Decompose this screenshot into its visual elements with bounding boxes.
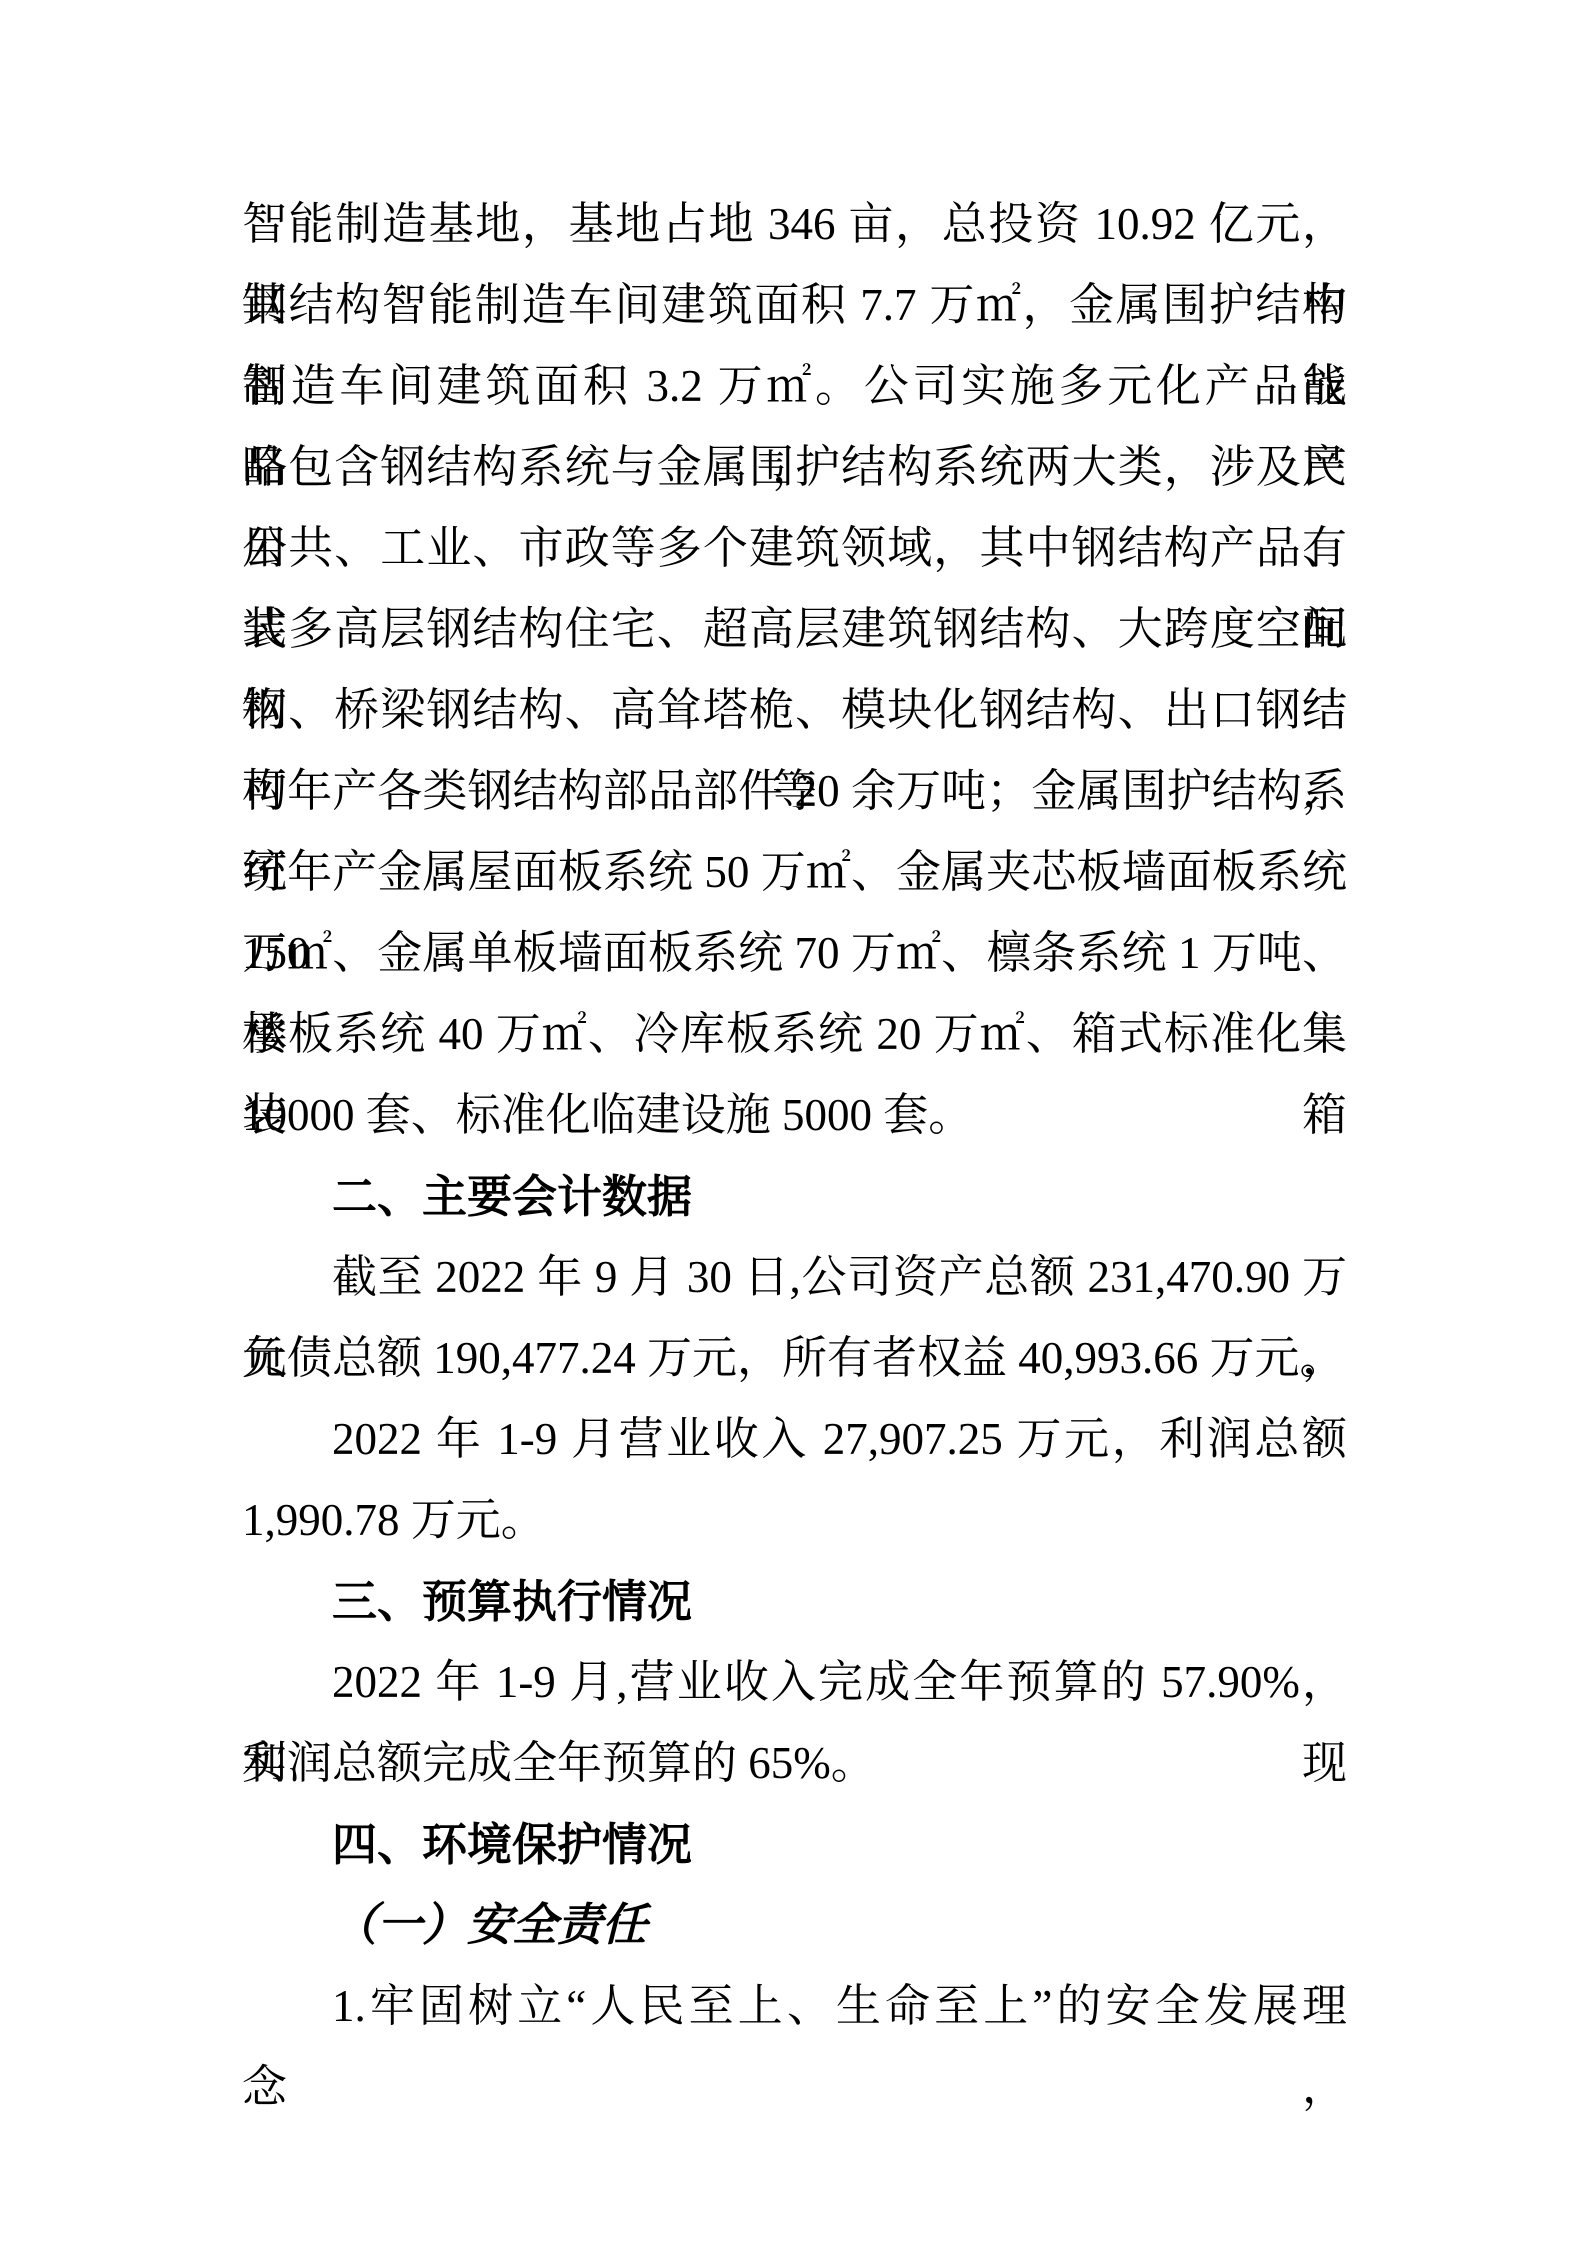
body-text-line: 制造车间建筑面积 3.2 万㎡。公司实施多元化产品战略，产 (242, 346, 1347, 427)
section-heading-accounting-data: 二、主要会计数据 (242, 1156, 1347, 1237)
body-text-line: 负债总额 190,477.24 万元，所有者权益 40,993.66 万元。 (242, 1318, 1347, 1399)
body-text-line: 智能制造基地，基地占地 346 亩，总投资 10.92 亿元，其中 (242, 184, 1347, 265)
body-text-line: 1,990.78 万元。 (242, 1480, 1347, 1561)
section-heading-environmental-protection: 四、环境保护情况 (242, 1804, 1347, 1885)
body-text-line: 1.牢固树立“人民至上、生命至上”的安全发展理念， (242, 1966, 1347, 2047)
body-text-line: 承板系统 40 万㎡、冷库板系统 20 万㎡、箱式标准化集装箱 (242, 994, 1347, 1075)
body-text-line: 钢结构智能制造车间建筑面积 7.7 万㎡，金属围护结构智能 (242, 265, 1347, 346)
body-text-line: 式多高层钢结构住宅、超高层建筑钢结构、大跨度空间钢结 (242, 589, 1347, 670)
body-text-line: 万㎡、金属单板墙面板系统 70 万㎡、檩条系统 1 万吨、楼 (242, 913, 1347, 994)
body-text-line: 品包含钢结构系统与金属围护结构系统两大类，涉及民用、 (242, 427, 1347, 508)
document-content: 智能制造基地，基地占地 346 亩，总投资 10.92 亿元，其中 钢结构智能制… (242, 184, 1347, 2047)
body-text-line: 构、桥梁钢结构、高耸塔桅、模块化钢结构、出口钢结构等， (242, 670, 1347, 751)
body-text-line: 2022 年 1-9 月营业收入 27,907.25 万元，利润总额 (242, 1399, 1347, 1480)
section-heading-budget-execution: 三、预算执行情况 (242, 1561, 1347, 1642)
body-text-line: 可年产金属屋面板系统 50 万㎡、金属夹芯板墙面板系统 150 (242, 832, 1347, 913)
body-text-line: 截至 2022 年 9 月 30 日,公司资产总额 231,470.90 万元， (242, 1237, 1347, 1318)
body-text-line: 公共、工业、市政等多个建筑领域，其中钢结构产品有装配 (242, 508, 1347, 589)
subsection-heading-safety-responsibility: （一）安全责任 (242, 1885, 1347, 1966)
document-page: 智能制造基地，基地占地 346 亩，总投资 10.92 亿元，其中 钢结构智能制… (0, 0, 1587, 2245)
body-text-line: 可年产各类钢结构部品部件 20 余万吨；金属围护结构系统 (242, 751, 1347, 832)
body-text-line: 2022 年 1-9 月,营业收入完成全年预算的 57.90%，实现 (242, 1642, 1347, 1723)
